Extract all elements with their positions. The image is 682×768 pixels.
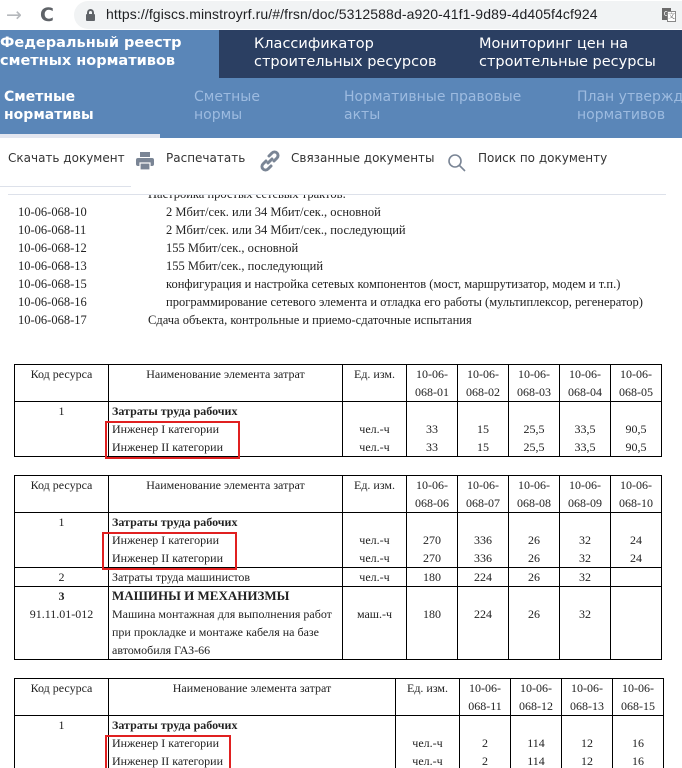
resource-value: 26 <box>509 587 560 660</box>
norm-code: 10-06-068-10 <box>18 203 87 221</box>
document-content: Настройка простых сетевых трактов: 10-06… <box>0 195 682 768</box>
col-header-norm: 10-06-068-02 <box>458 365 509 402</box>
table-header-row: Код ресурсаНаименование элемента затратЕ… <box>15 679 664 716</box>
address-bar[interactable]: https://fgiscs.minstroyrf.ru/#/frsn/doc/… <box>74 1 682 29</box>
col-header-norm: 10-06-068-07 <box>458 476 509 513</box>
code-list-item: 10-06-068-12155 Мбит/сек., основной <box>18 239 678 257</box>
printer-icon[interactable] <box>135 151 155 171</box>
related-documents-button[interactable]: Связанные документы <box>291 151 435 165</box>
resource-unit: чел.-ччел.-ч <box>343 513 407 568</box>
norm-description: 155 Мбит/сек., последующий <box>166 257 323 275</box>
resource-value: 25,525,5 <box>509 402 560 457</box>
norm-code: 10-06-068-15 <box>18 275 87 293</box>
resource-value: 224 <box>458 587 509 660</box>
resource-value: 3232 <box>560 513 611 568</box>
subtab-legal-acts[interactable]: Нормативные правовые акты <box>344 88 521 124</box>
col-header-norm: 10-06-068-05 <box>611 365 662 402</box>
col-header-norm: 10-06-068-06 <box>407 476 458 513</box>
norm-code: 10-06-068-11 <box>18 221 86 239</box>
resource-value: 180 <box>407 568 458 587</box>
resource-code: 391.11.01-012 <box>15 587 109 660</box>
code-list: Настройка простых сетевых трактов: 10-06… <box>18 195 678 329</box>
resource-value: 32 <box>560 587 611 660</box>
resource-value: 3333 <box>407 402 458 457</box>
norm-description: программирование сетевого элемента и отл… <box>166 293 643 311</box>
toolbar-underline <box>0 186 131 187</box>
lock-icon <box>86 9 95 20</box>
resource-value: 1616 <box>613 716 664 768</box>
code-list-item: 10-06-068-102 Мбит/сек. или 34 Мбит/сек.… <box>18 203 678 221</box>
resource-table-3: Код ресурсаНаименование элемента затратЕ… <box>14 678 664 768</box>
resource-value: 336336 <box>458 513 509 568</box>
top-tabs: Классификатор строительных ресурсов Мони… <box>219 30 682 78</box>
col-header-unit: Ед. изм. <box>343 365 407 402</box>
resource-name: Затраты труда рабочихИнженер I категории… <box>109 513 343 568</box>
norm-description: 2 Мбит/сек. или 34 Мбит/сек., последующи… <box>166 221 406 239</box>
resource-table-1: Код ресурсаНаименование элемента затратЕ… <box>14 364 662 457</box>
table-header-row: Код ресурсаНаименование элемента затратЕ… <box>15 476 662 513</box>
subtab-estimate-norms[interactable]: Сметные нормы <box>194 88 260 124</box>
site-header: Федеральный реестр сметных нормативов Кл… <box>0 30 682 78</box>
norm-code: 10-06-068-13 <box>18 257 87 275</box>
code-list-item: 10-06-068-16программирование сетевого эл… <box>18 293 678 311</box>
forward-arrow-icon[interactable]: → <box>6 4 22 26</box>
code-list-item: 10-06-068-17Сдача объекта, контрольные и… <box>18 311 678 329</box>
col-header-unit: Ед. изм. <box>343 476 407 513</box>
resource-table-2: Код ресурсаНаименование элемента затратЕ… <box>14 475 662 660</box>
resource-unit: чел.-ччел.-ч <box>343 402 407 457</box>
col-header-norm: 10-06-068-11 <box>460 679 511 716</box>
browser-toolbar: → C https://fgiscs.minstroyrf.ru/#/frsn/… <box>0 0 682 30</box>
brand-line-1: Федеральный реестр <box>0 34 219 52</box>
resource-value: 1212 <box>562 716 613 768</box>
norm-description: Сдача объекта, контрольные и приемо-сдат… <box>148 311 472 329</box>
col-header-name: Наименование элемента затрат <box>109 365 343 402</box>
col-header-norm: 10-06-068-09 <box>560 476 611 513</box>
site-brand[interactable]: Федеральный реестр сметных нормативов <box>0 34 219 70</box>
resource-value: 224 <box>458 568 509 587</box>
col-header-norm: 10-06-068-04 <box>560 365 611 402</box>
sub-navigation: Сметные нормативы Сметные нормы Норматив… <box>0 78 682 138</box>
resource-value: 2626 <box>509 513 560 568</box>
col-header-norm: 10-06-068-01 <box>407 365 458 402</box>
table-header-row: Код ресурсаНаименование элемента затратЕ… <box>15 365 662 402</box>
tab-resource-classifier[interactable]: Классификатор строительных ресурсов <box>254 35 437 71</box>
partial-heading: Настройка простых сетевых трактов: <box>18 195 678 203</box>
resource-value: 32 <box>560 568 611 587</box>
resource-value: 90,590,5 <box>611 402 662 457</box>
translate-icon[interactable]: G文 <box>662 8 676 22</box>
search-icon[interactable] <box>447 153 467 173</box>
col-header-norm: 10-06-068-13 <box>562 679 613 716</box>
url-text[interactable]: https://fgiscs.minstroyrf.ru/#/frsn/doc/… <box>106 6 598 22</box>
resource-name: МАШИНЫ И МЕХАНИЗМЫМашина монтажная для в… <box>109 587 343 660</box>
subtab-approval-plan[interactable]: План утвержден нормативов <box>577 88 682 124</box>
reload-icon[interactable]: C <box>40 4 54 26</box>
resource-value: 22 <box>460 716 511 768</box>
resource-code: 2 <box>15 568 109 587</box>
norm-description: конфигурация и настройка сетевых компоне… <box>166 275 620 293</box>
print-button[interactable]: Распечатать <box>166 151 245 165</box>
resource-name: Затраты труда рабочихИнженер I категории… <box>109 402 343 457</box>
resource-value: 26 <box>509 568 560 587</box>
resource-value: 33,533,5 <box>560 402 611 457</box>
norm-code: 10-06-068-17 <box>18 311 87 329</box>
resource-value <box>611 587 662 660</box>
table-row: 391.11.01-012МАШИНЫ И МЕХАНИЗМЫМашина мо… <box>15 587 662 660</box>
resource-name: Затраты труда машинистов <box>109 568 343 587</box>
subtab-estimate-standards[interactable]: Сметные нормативы <box>4 88 94 124</box>
resource-unit: чел.-ч <box>343 568 407 587</box>
resource-unit: маш.-ч <box>343 587 407 660</box>
brand-line-2: сметных нормативов <box>0 52 219 70</box>
resource-code: 1 <box>15 513 109 568</box>
resource-name: Затраты труда рабочихИнженер I категории… <box>109 716 396 768</box>
table-row: 2Затраты труда машинистовчел.-ч180224263… <box>15 568 662 587</box>
resource-value: 114114 <box>511 716 562 768</box>
col-header-name: Наименование элемента затрат <box>109 476 343 513</box>
link-icon[interactable] <box>259 150 281 172</box>
norm-description: 155 Мбит/сек., основной <box>166 239 298 257</box>
col-header-norm: 10-06-068-15 <box>613 679 664 716</box>
table-row: 1Затраты труда рабочихИнженер I категори… <box>15 513 662 568</box>
norm-description: 2 Мбит/сек. или 34 Мбит/сек., основной <box>166 203 381 221</box>
table-row: 1Затраты труда рабочихИнженер I категори… <box>15 716 664 768</box>
norm-code: 10-06-068-12 <box>18 239 87 257</box>
col-header-norm: 10-06-068-03 <box>509 365 560 402</box>
col-header-norm: 10-06-068-10 <box>611 476 662 513</box>
resource-value: 180 <box>407 587 458 660</box>
resource-code: 1 <box>15 402 109 457</box>
table-row: 1Затраты труда рабочихИнженер I категори… <box>15 402 662 457</box>
col-header-unit: Ед. изм. <box>396 679 460 716</box>
resource-value: 2424 <box>611 513 662 568</box>
code-list-item: 10-06-068-15конфигурация и настройка сет… <box>18 275 678 293</box>
resource-value: 1515 <box>458 402 509 457</box>
norm-code: 10-06-068-16 <box>18 293 87 311</box>
search-in-document-button[interactable]: Поиск по документу <box>478 151 607 165</box>
resource-value <box>611 568 662 587</box>
download-document-button[interactable]: Скачать документ <box>8 151 125 165</box>
resource-code: 1 <box>15 716 109 768</box>
document-toolbar: Скачать документ Распечатать Связанные д… <box>0 138 682 182</box>
resource-unit: чел.-ччел.-ч <box>396 716 460 768</box>
col-header-norm: 10-06-068-08 <box>509 476 560 513</box>
col-header-code: Код ресурса <box>15 679 109 716</box>
col-header-norm: 10-06-068-12 <box>511 679 562 716</box>
code-list-item: 10-06-068-112 Мбит/сек. или 34 Мбит/сек.… <box>18 221 678 239</box>
code-list-item: 10-06-068-13155 Мбит/сек., последующий <box>18 257 678 275</box>
col-header-code: Код ресурса <box>15 365 109 402</box>
col-header-code: Код ресурса <box>15 476 109 513</box>
resource-value: 270270 <box>407 513 458 568</box>
col-header-name: Наименование элемента затрат <box>109 679 396 716</box>
tab-price-monitoring[interactable]: Мониторинг цен на строительные ресурсы <box>479 35 656 71</box>
